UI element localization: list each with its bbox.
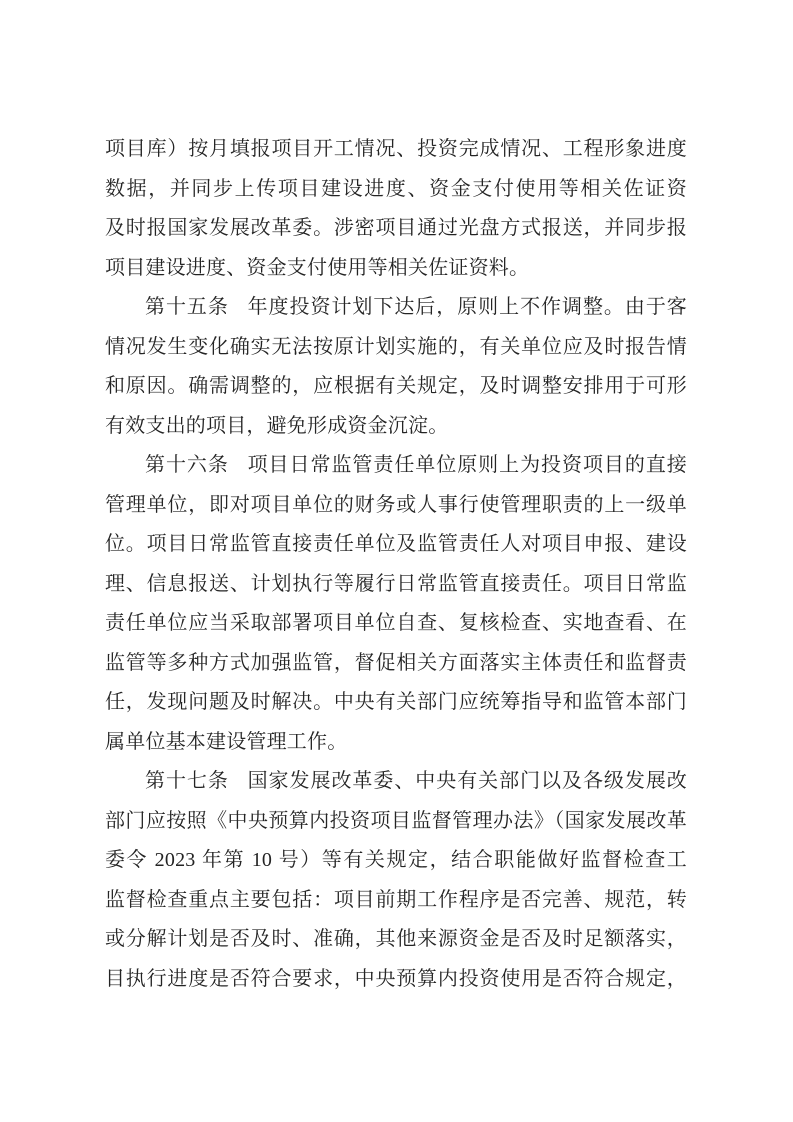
document-text-block: 项目库）按月填报项目开工情况、投资完成情况、工程形象进度等数据，并同步上传项目建…	[105, 130, 687, 999]
text-line: 责任单位应当采取部署项目单位自查、复核检查、实地查看、在线	[105, 604, 687, 644]
text-line: 位。项目日常监管直接责任单位及监管责任人对项目申报、建设管	[105, 525, 687, 565]
article-number: 第十六条	[145, 454, 229, 476]
text-line: 项目建设进度、资金支付使用等相关佐证资料。	[105, 249, 687, 289]
article-paragraph: 第十七条国家发展改革委、中央有关部门以及各级发展改革部门应按照《中央预算内投资项…	[105, 762, 687, 999]
text-line: 及时报国家发展改革委。涉密项目通过光盘方式报送，并同步报送	[105, 209, 687, 249]
text-line: 部门应按照《中央预算内投资项目监督管理办法》（国家发展改革	[105, 802, 687, 842]
article-paragraph: 第十六条项目日常监管责任单位原则上为投资项目的直接管理单位，即对项目单位的财务或…	[105, 446, 687, 762]
text-line: 任，发现问题及时解决。中央有关部门应统筹指导和监管本部门所	[105, 683, 687, 723]
text-line: 目执行进度是否符合要求，中央预算内投资使用是否符合规定，项	[105, 960, 687, 1000]
text-line: 第十五条年度投资计划下达后，原则上不作调整。由于客观	[105, 288, 687, 328]
text-line: 理、信息报送、计划执行等履行日常监管直接责任。项目日常监管	[105, 565, 687, 605]
text-line: 属单位基本建设管理工作。	[105, 723, 687, 763]
text-line: 管理单位，即对项目单位的财务或人事行使管理职责的上一级单	[105, 486, 687, 526]
text-line: 委令 2023 年第 10 号）等有关规定，结合职能做好监督检查工作，	[105, 841, 687, 881]
continuation-paragraph: 项目库）按月填报项目开工情况、投资完成情况、工程形象进度等数据，并同步上传项目建…	[105, 130, 687, 288]
text-line: 数据，并同步上传项目建设进度、资金支付使用等相关佐证资料，	[105, 170, 687, 210]
article-number: 第十五条	[145, 296, 229, 318]
article-paragraph: 第十五条年度投资计划下达后，原则上不作调整。由于客观情况发生变化确实无法按原计划…	[105, 288, 687, 446]
document-page: 项目库）按月填报项目开工情况、投资完成情况、工程形象进度等数据，并同步上传项目建…	[0, 0, 793, 1122]
text-line: 监督检查重点主要包括：项目前期工作程序是否完善、规范，转发	[105, 881, 687, 921]
text-line: 第十六条项目日常监管责任单位原则上为投资项目的直接	[105, 446, 687, 486]
line-text: 项目日常监管责任单位原则上为投资项目的直接	[247, 454, 687, 476]
text-line: 和原因。确需调整的，应根据有关规定，及时调整安排用于可形成	[105, 367, 687, 407]
article-number: 第十七条	[145, 770, 229, 792]
text-line: 有效支出的项目，避免形成资金沉淀。	[105, 407, 687, 447]
text-line: 第十七条国家发展改革委、中央有关部门以及各级发展改革	[105, 762, 687, 802]
text-line: 或分解计划是否及时、准确，其他来源资金是否及时足额落实，项	[105, 920, 687, 960]
text-line: 项目库）按月填报项目开工情况、投资完成情况、工程形象进度等	[105, 130, 687, 170]
text-line: 情况发生变化确实无法按原计划实施的，有关单位应及时报告情况	[105, 328, 687, 368]
text-line: 监管等多种方式加强监管，督促相关方面落实主体责任和监督责	[105, 644, 687, 684]
